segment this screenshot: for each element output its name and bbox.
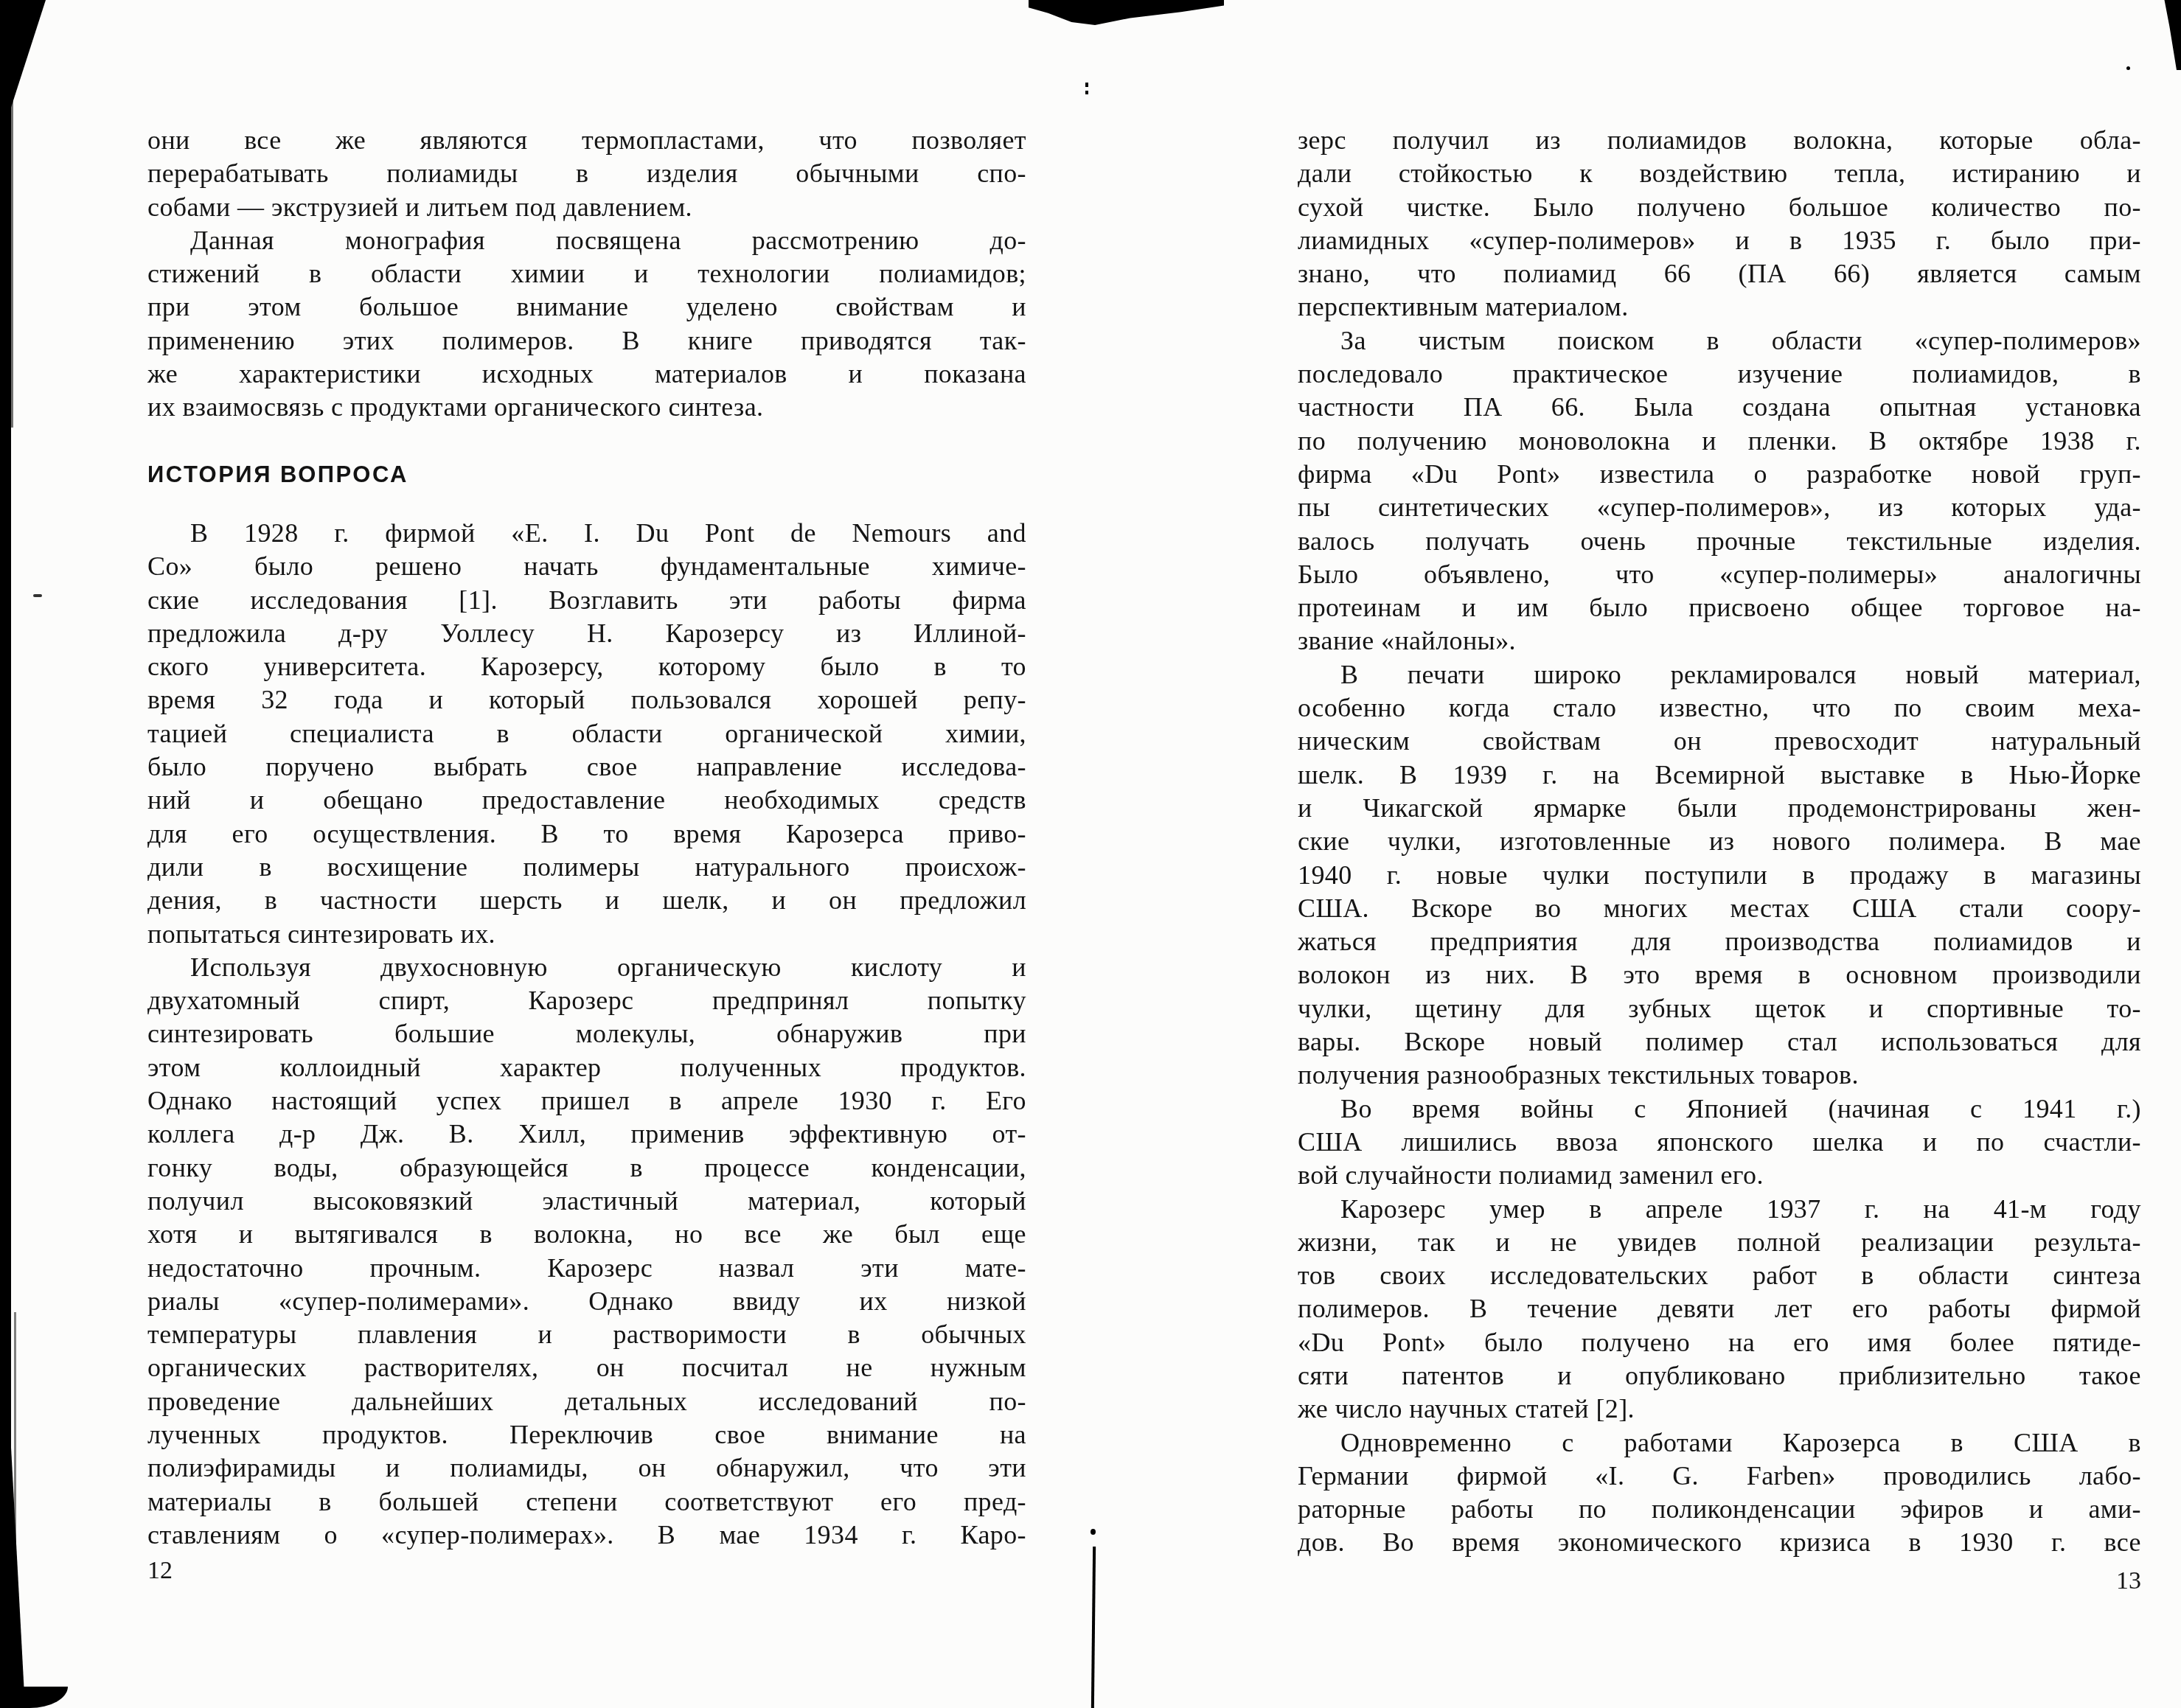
text-line: гонку воды, образующейся в процессе конд… bbox=[147, 1151, 1026, 1185]
text-line: ского университета. Карозерсу, которому … bbox=[147, 650, 1026, 683]
text-line: лученных продуктов. Переключив свое вним… bbox=[147, 1418, 1026, 1451]
text-line: Co» было решено начать фундаментальные х… bbox=[147, 550, 1026, 583]
text-line: Было объявлено, что «супер-полимеры» ана… bbox=[1298, 558, 2141, 591]
text-line: звание «найлоны». bbox=[1298, 624, 2141, 658]
text-line: предложила д-ру Уоллесу Н. Карозерсу из … bbox=[147, 617, 1026, 650]
text-line: полиэфирамиды и полиамиды, он обнаружил,… bbox=[147, 1451, 1026, 1485]
paragraph: зерс получил из полиамидов волокна, кото… bbox=[1298, 124, 2141, 324]
scan-foot-bottom-left bbox=[4, 1687, 68, 1708]
scan-speck bbox=[1085, 91, 1088, 94]
text-line: дения, в частности шерсть и шелк, и он п… bbox=[147, 884, 1026, 917]
text-line: применению этих полимеров. В книге приво… bbox=[147, 324, 1026, 358]
text-line: полимеров. В течение девяти лет его рабо… bbox=[1298, 1292, 2141, 1325]
text-line: по получению моноволокна и пленки. В окт… bbox=[1298, 425, 2141, 458]
text-line: сяти патентов и опубликовано приблизител… bbox=[1298, 1359, 2141, 1392]
text-line: недостаточно прочным. Карозерс назвал эт… bbox=[147, 1252, 1026, 1285]
text-line: 1940 г. новые чулки поступили в продажу … bbox=[1298, 859, 2141, 892]
right-page: зерс получил из полиамидов волокна, кото… bbox=[1298, 124, 2141, 1560]
text-line: Однако настоящий успех пришел в апреле 1… bbox=[147, 1084, 1026, 1118]
paragraph: Во время войны с Японией (начиная с 1941… bbox=[1298, 1092, 2141, 1193]
text-line: двухатомный спирт, Карозерс предпринял п… bbox=[147, 984, 1026, 1017]
text-line: попытаться синтезировать их. bbox=[147, 918, 1026, 951]
text-line: перспективным материалом. bbox=[1298, 290, 2141, 324]
text-line: же характеристики исходных материалов и … bbox=[147, 358, 1026, 391]
paragraph: они все же являются термопластами, что п… bbox=[147, 124, 1026, 224]
text-line: для его осуществления. В то время Карозе… bbox=[147, 818, 1026, 851]
page-number-left: 12 bbox=[147, 1557, 173, 1585]
paragraph: Используя двухосновную органическую кисл… bbox=[147, 951, 1026, 1552]
paragraph: В 1928 г. фирмой «E. I. Du Pont de Nemou… bbox=[147, 517, 1026, 951]
text-line: тов своих исследовательских работ в обла… bbox=[1298, 1259, 2141, 1292]
text-line: Во время войны с Японией (начиная с 1941… bbox=[1298, 1092, 2141, 1126]
section-heading: ИСТОРИЯ ВОПРОСА bbox=[147, 458, 1026, 491]
text-line: В печати широко рекламировался новый мат… bbox=[1298, 658, 2141, 691]
text-line: же число научных статей [2]. bbox=[1298, 1392, 2141, 1426]
text-line: материалы в большей степени соответствую… bbox=[147, 1485, 1026, 1519]
text-line: время 32 года и который пользовался хоро… bbox=[147, 683, 1026, 717]
text-line: ническим свойствам он превосходит натура… bbox=[1298, 725, 2141, 758]
paragraph: За чистым поиском в области «супер-полим… bbox=[1298, 324, 2141, 658]
text-line: тацией специалиста в области органическо… bbox=[147, 717, 1026, 750]
text-line: проведение дальнейших детальных исследов… bbox=[147, 1385, 1026, 1418]
text-line: зерс получил из полиамидов волокна, кото… bbox=[1298, 124, 2141, 157]
text-line: ские исследования [1]. Возглавить эти ра… bbox=[147, 584, 1026, 617]
text-line: Одновременно с работами Карозерса в США … bbox=[1298, 1426, 2141, 1460]
text-line: вой случайности полиамид заменил его. bbox=[1298, 1159, 2141, 1192]
text-line: волокон из них. В это время в основном п… bbox=[1298, 958, 2141, 991]
text-line: при этом большое внимание уделено свойст… bbox=[147, 290, 1026, 324]
text-line: синтезировать большие молекулы, обнаружи… bbox=[147, 1017, 1026, 1050]
text-line: Карозерс умер в апреле 1937 г. на 41-м г… bbox=[1298, 1193, 2141, 1226]
text-line: жизни, так и не увидев полной реализации… bbox=[1298, 1226, 2141, 1259]
text-line: валось получать очень прочные текстильны… bbox=[1298, 525, 2141, 558]
text-line: получения разнообразных текстильных това… bbox=[1298, 1059, 2141, 1092]
text-line: ний и обещано предоставление необходимых… bbox=[147, 784, 1026, 817]
text-line: дов. Во время экономического кризиса в 1… bbox=[1298, 1526, 2141, 1559]
text-line: коллега д-р Дж. В. Хилл, применив эффект… bbox=[147, 1118, 1026, 1151]
text-line: этом коллоидный характер полученных прод… bbox=[147, 1051, 1026, 1084]
scan-gutter-line bbox=[1091, 1547, 1096, 1708]
text-line: собами — экструзией и литьем под давлени… bbox=[147, 191, 1026, 224]
text-line: США. Вскоре во многих местах США стали с… bbox=[1298, 892, 2141, 925]
text-line: Используя двухосновную органическую кисл… bbox=[147, 951, 1026, 984]
scan-corner-bottom-left bbox=[0, 1437, 25, 1708]
text-line: хотя и вытягивался в волокна, но все же … bbox=[147, 1218, 1026, 1251]
text-line: последовало практическое изучение полиам… bbox=[1298, 358, 2141, 391]
text-line: температуры плавления и растворимости в … bbox=[147, 1318, 1026, 1351]
text-line: дали стойкостью к воздействию тепла, ист… bbox=[1298, 157, 2141, 190]
text-line: знано, что полиамид 66 (ПА 66) является … bbox=[1298, 257, 2141, 290]
text-line: лиамидных «супер-полимеров» и в 1935 г. … bbox=[1298, 224, 2141, 257]
scan-binding-blob-top bbox=[1029, 0, 1224, 25]
page-number-right: 13 bbox=[2035, 1567, 2141, 1595]
text-line: раторные работы по поликонденсации эфиро… bbox=[1298, 1493, 2141, 1526]
text-line: Данная монография посвящена рассмотрению… bbox=[147, 224, 1026, 257]
paragraph: Данная монография посвящена рассмотрению… bbox=[147, 224, 1026, 425]
text-line: и Чикагской ярмарке были продемонстриров… bbox=[1298, 792, 2141, 825]
scan-corner-top-right bbox=[2159, 0, 2181, 70]
text-line: Германии фирмой «I. G. Farben» проводили… bbox=[1298, 1460, 2141, 1493]
text-line: перерабатывать полиамиды в изделия обычн… bbox=[147, 157, 1026, 190]
scan-speck bbox=[33, 594, 42, 597]
text-line: получил высоковязкий эластичный материал… bbox=[147, 1185, 1026, 1218]
text-line: особенно когда стало известно, что по св… bbox=[1298, 691, 2141, 725]
text-line: пы синтетических «супер-полимеров», из к… bbox=[1298, 491, 2141, 524]
scanned-book-spread: они все же являются термопластами, что п… bbox=[0, 0, 2181, 1708]
scan-speck bbox=[2126, 66, 2130, 70]
text-line: было поручено выбрать свое направление и… bbox=[147, 750, 1026, 784]
scan-speck bbox=[1085, 83, 1088, 87]
text-line: вары. Вскоре новый полимер стал использо… bbox=[1298, 1025, 2141, 1059]
text-line: «Du Pont» было получено на его имя более… bbox=[1298, 1326, 2141, 1359]
paragraph: Карозерс умер в апреле 1937 г. на 41-м г… bbox=[1298, 1193, 2141, 1426]
text-line: В 1928 г. фирмой «E. I. Du Pont de Nemou… bbox=[147, 517, 1026, 550]
text-line: частности ПА 66. Была создана опытная ус… bbox=[1298, 391, 2141, 424]
text-line: риалы «супер-полимерами». Однако ввиду и… bbox=[147, 1285, 1026, 1318]
text-line: фирма «Du Pont» известила о разработке н… bbox=[1298, 458, 2141, 491]
text-line: органических растворителях, он посчитал … bbox=[147, 1351, 1026, 1384]
text-line: США лишились ввоза японского шелка и по … bbox=[1298, 1126, 2141, 1159]
scan-speck bbox=[1090, 1529, 1096, 1535]
text-line: ставлениям о «супер-полимерах». В мае 19… bbox=[147, 1519, 1026, 1552]
text-line: сухой чистке. Было получено большое коли… bbox=[1298, 191, 2141, 224]
text-line: За чистым поиском в области «супер-полим… bbox=[1298, 324, 2141, 358]
paragraph: Одновременно с работами Карозерса в США … bbox=[1298, 1426, 2141, 1560]
text-line: чулки, щетину для зубных щеток и спортив… bbox=[1298, 992, 2141, 1025]
text-line: их взаимосвязь с продуктами органическог… bbox=[147, 391, 1026, 424]
text-line: протеинам и им было присвоено общее торг… bbox=[1298, 591, 2141, 624]
text-line: шелк. В 1939 г. на Всемирной выставке в … bbox=[1298, 759, 2141, 792]
text-line: ские чулки, изготовленные из нового поли… bbox=[1298, 825, 2141, 858]
scan-corner-top-left bbox=[0, 0, 46, 111]
left-page: они все же являются термопластами, что п… bbox=[147, 124, 1026, 1552]
text-line: жаться предприятия для производства поли… bbox=[1298, 925, 2141, 958]
text-line: они все же являются термопластами, что п… bbox=[147, 124, 1026, 157]
text-line: стижений в области химии и технологии по… bbox=[147, 257, 1026, 290]
paragraph: В печати широко рекламировался новый мат… bbox=[1298, 658, 2141, 1092]
text-line: дили в восхищение полимеры натурального … bbox=[147, 851, 1026, 884]
